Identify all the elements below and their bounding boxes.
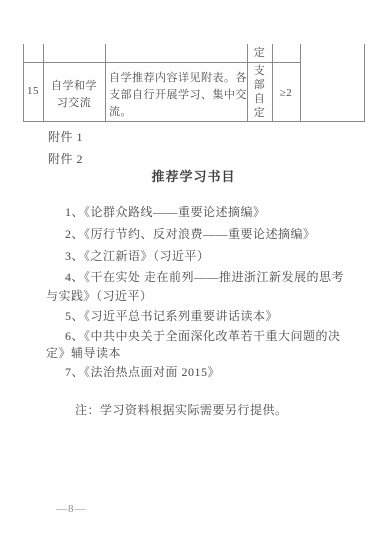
count-cell: ≥2 xyxy=(272,87,300,99)
content-line: 流。 xyxy=(109,104,251,121)
table-border xyxy=(272,44,273,122)
table-row-divider xyxy=(23,62,301,63)
note-line: 注：学习资料根据实际需要另行提供。 xyxy=(75,401,288,418)
book-item-line: 定》辅导读本 xyxy=(46,344,121,361)
learning-schedule-table: 定 15 自学和学 习交流 自学推荐内容详见附表。各 支部自行开展学习、集中交 … xyxy=(23,44,365,122)
book-item-line: 2、《厉行节约、反对浪费——重要论述摘编》 xyxy=(65,225,316,242)
table-bottom-border xyxy=(23,121,365,122)
attachment-label-2: 附件 2 xyxy=(48,150,83,167)
content-line: 支部自行开展学习、集中交 xyxy=(109,87,251,104)
page-number: —8— xyxy=(56,503,87,515)
book-item-line: 4、《干在实处 走在前列——推进浙江新发展的思考 xyxy=(65,268,344,285)
table-border xyxy=(105,44,106,122)
row-number-cell: 15 xyxy=(23,85,43,97)
booklist-title: 推荐学习书目 xyxy=(0,166,387,185)
time-char: 部 xyxy=(247,78,272,92)
time-char: 自 xyxy=(247,92,272,106)
partial-row-time-cell: 定 xyxy=(247,44,272,60)
topic-line: 习交流 xyxy=(43,95,105,112)
topic-line: 自学和学 xyxy=(43,78,105,95)
topic-cell: 自学和学 习交流 xyxy=(43,78,105,112)
book-item-line: 3、《之江新语》（习近平） xyxy=(65,247,210,264)
table-border xyxy=(23,44,24,122)
time-cell-vertical: 支 部 自 定 xyxy=(247,64,272,120)
content-cell: 自学推荐内容详见附表。各 支部自行开展学习、集中交 流。 xyxy=(109,70,251,121)
book-item-line: 7、《法治热点面对面 2015》 xyxy=(65,363,220,380)
content-line: 自学推荐内容详见附表。各 xyxy=(109,70,251,87)
table-border xyxy=(300,44,301,122)
book-item-line: 6、《中共中央关于全面深化改革若干重大问题的决 xyxy=(65,327,341,344)
book-item-line: 5、《习近平总书记系列重要讲话读本》 xyxy=(65,307,278,324)
time-char: 定 xyxy=(247,106,272,120)
time-char: 支 xyxy=(247,64,272,78)
document-page: 定 15 自学和学 习交流 自学推荐内容详见附表。各 支部自行开展学习、集中交 … xyxy=(0,0,387,548)
book-item-line: 1、《论群众路线——重要论述摘编》 xyxy=(65,203,266,220)
table-border xyxy=(364,44,365,122)
book-item-line: 与实践》（习近平） xyxy=(46,287,153,304)
attachment-label-1: 附件 1 xyxy=(48,128,83,145)
